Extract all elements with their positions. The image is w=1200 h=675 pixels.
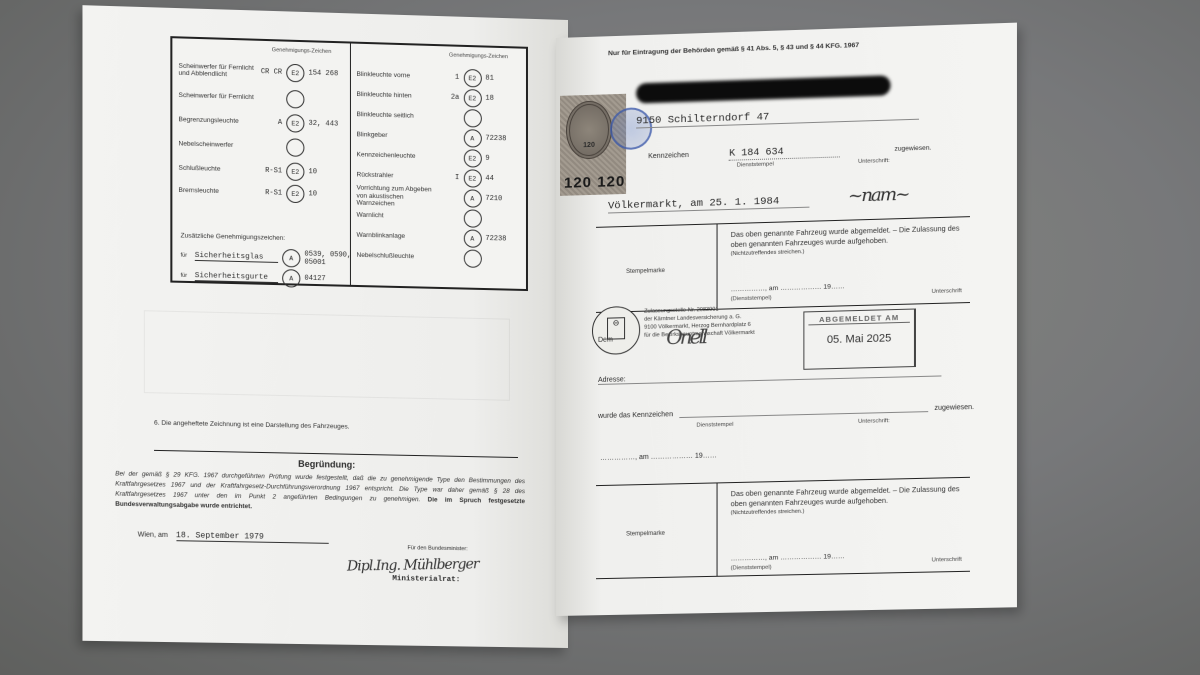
approval-code: 7210 <box>485 195 502 203</box>
approval-code: 32, 443 <box>308 120 338 129</box>
zugewiesen-label: zugewiesen. <box>934 404 974 412</box>
fuer-label: für <box>181 253 195 259</box>
am-line: ……………, am ……………… 19…… <box>731 553 845 562</box>
lamp-row: Blinkleuchte seitlich <box>357 106 522 129</box>
lamp-name: Nebelscheinwerfer <box>178 141 259 151</box>
lamp-prefix: 1 <box>437 73 459 82</box>
dienststempel-label: (Dienststempel) <box>731 295 772 302</box>
place-date: Wien, am 18. September 1979 <box>138 530 329 543</box>
lamp-name: Kennzeichenleuchte <box>357 152 438 162</box>
adresse-line: Adresse: <box>598 368 941 385</box>
lamp-name: Vorrichtung zum Abgeben von akustischen … <box>357 184 438 209</box>
approval-code: 81 <box>485 75 493 83</box>
lamp-prefix <box>437 218 459 219</box>
registration-signature: ~nam~ <box>848 184 908 207</box>
stempelmarke-label: Stempelmarke <box>626 268 665 275</box>
lamp-row: WarnblinkanlageA72238 <box>357 227 522 249</box>
lamp-prefix: 2a <box>437 93 459 102</box>
lamp-name: Blinkleuchte hinten <box>357 91 438 101</box>
approval-mark-circle-icon: E2 <box>286 64 304 83</box>
item-six: 6. Die angeheftete Zeichnung ist eine Da… <box>154 420 350 431</box>
stamp-value-1: 120 <box>564 174 592 192</box>
approval-code: 0539, 0590, 05001 <box>304 251 355 268</box>
lamp-prefix <box>437 198 459 199</box>
place-label: Wien, am <box>138 531 168 539</box>
deregistration-box-1: Stempelmarke Das oben genannte Fahrzeug … <box>596 216 970 313</box>
approval-mark-circle-icon: E2 <box>286 114 304 133</box>
wurde-kennzeichen-row: wurde das Kennzeichen zugewiesen. <box>598 404 974 420</box>
wurde-kennzeichen-label: wurde das Kennzeichen <box>598 411 673 420</box>
approval-mark-circle-icon: A <box>282 269 300 288</box>
abgemeldet-date: 05. Mai 2025 <box>804 332 914 347</box>
lamp-row: BlinkgeberA72238 <box>357 126 522 149</box>
am-line: ……………, am ……………… 19…… <box>600 452 717 462</box>
approval-mark-circle-icon: A <box>463 190 481 209</box>
lamp-prefix <box>437 157 459 158</box>
lighting-approval-table: Genehmigungs-Zeichen Zusätzliche Genehmi… <box>170 36 528 291</box>
approval-code: 04127 <box>304 275 355 284</box>
lamp-prefix: A <box>260 118 282 127</box>
lamp-prefix <box>437 258 459 259</box>
unterschrift-label: Unterschrift: <box>858 418 890 425</box>
dienststempel-label: Dienststempel <box>737 161 774 168</box>
approval-mark-circle-icon: E2 <box>286 162 304 181</box>
austria-seal-icon: 120 <box>566 100 612 159</box>
right-page: Nur für Eintragung der Behörden gemäß § … <box>556 23 1017 616</box>
lighting-column-right: Genehmigungs-Zeichen Blinkleuchte vorne1… <box>349 43 526 289</box>
unterschrift-label: Unterschrift <box>932 557 962 564</box>
kennzeichen-value: K 184 634 <box>729 145 840 160</box>
lighting-column-left: Genehmigungs-Zeichen Zusätzliche Genehmi… <box>172 38 349 285</box>
dem-label: Dem <box>598 337 613 344</box>
issue-date: 18. September 1979 <box>176 531 328 544</box>
lamp-name: Blinkleuchte vorne <box>357 71 438 81</box>
box-divider <box>717 224 718 308</box>
stamp-values: 120 120 <box>564 173 625 192</box>
approval-code: 9 <box>485 155 489 163</box>
extra-approval-row: fürSicherheitsglasA0539, 0590, 05001 <box>181 246 355 268</box>
extra-item: Sicherheitsgurte <box>195 272 278 283</box>
lamp-prefix <box>260 147 282 148</box>
lamp-row: BegrenzungsleuchteAE232, 443 <box>178 111 345 134</box>
approval-mark-circle-icon: E2 <box>463 69 481 88</box>
for-minister: Für den Bundesminister: <box>407 545 467 552</box>
approval-code: 72238 <box>485 235 506 244</box>
approval-code: 44 <box>485 175 493 183</box>
lamp-prefix: R-S1 <box>260 167 282 176</box>
deregistration-notice: Das oben genannte Fahrzeug wurde abgemel… <box>731 223 962 258</box>
lamp-name: Nebelschlußleuchte <box>357 252 438 262</box>
approval-mark-circle-icon: E2 <box>463 169 481 188</box>
lamp-name: Schlußleuchte <box>178 165 259 175</box>
address-line: 9150 Schilterndorf 47 <box>636 107 919 129</box>
lamp-name: Rückstrahler <box>357 172 438 182</box>
lamp-name: Scheinwerfer für Fernlicht <box>178 92 259 102</box>
extra-item: Sicherheitsglas <box>195 251 278 262</box>
lamp-row: Nebelscheinwerfer <box>178 135 345 158</box>
stamp-value-2: 120 <box>597 173 625 191</box>
fuer-label: für <box>181 273 195 279</box>
kennzeichen-blank <box>679 405 928 418</box>
approval-code: 72238 <box>485 135 506 144</box>
am-line: ……………, am ……………… 19…… <box>731 283 845 293</box>
lamp-name: Scheinwerfer für Fernlicht und Abblendli… <box>178 62 259 79</box>
approval-mark-circle-icon <box>286 138 304 157</box>
lamp-row: BremsleuchteR-S1E210 <box>178 182 345 204</box>
approval-mark-circle-icon: E2 <box>463 89 481 108</box>
approval-mark-circle-icon <box>463 109 481 128</box>
authority-header: Nur für Eintragung der Behörden gemäß § … <box>608 42 859 57</box>
lamp-prefix <box>437 117 459 118</box>
approval-code: 10 <box>308 168 317 176</box>
lamp-prefix: I <box>437 174 459 183</box>
lamp-prefix: CR CR <box>260 68 282 77</box>
approval-code: 18 <box>485 95 493 103</box>
kennzeichen-label: Kennzeichen <box>648 152 689 160</box>
stamp-signature: Onell <box>666 324 705 349</box>
official-blue-stamp-icon <box>610 107 652 150</box>
approval-mark-circle-icon <box>463 209 481 228</box>
extra-approvals-title: Zusätzliche Genehmigungszeichen: <box>181 232 286 242</box>
lamp-prefix <box>437 238 459 239</box>
approval-mark-circle-icon: E2 <box>463 149 481 168</box>
lamp-prefix <box>260 98 282 99</box>
unterschrift-label: Unterschrift <box>932 288 962 295</box>
lamp-name: Blinkgeber <box>357 131 438 141</box>
vehicle-drawing-ghost <box>144 310 510 401</box>
deregistration-box-2: Stempelmarke Das oben genannte Fahrzeug … <box>596 477 970 579</box>
lamp-row: Warnlicht <box>357 207 522 229</box>
extra-approval-row: fürSicherheitsgurteA04127 <box>181 267 355 289</box>
lamp-row: SchlußleuchteR-S1E210 <box>178 160 345 183</box>
column-header: Genehmigungs-Zeichen <box>449 52 508 60</box>
box-divider <box>717 483 718 575</box>
left-page: Genehmigungs-Zeichen Zusätzliche Genehmi… <box>82 5 568 648</box>
deregistration-notice: Das oben genannte Fahrzeug wurde abgemel… <box>731 484 962 517</box>
column-header: Genehmigungs-Zeichen <box>272 47 331 55</box>
approval-code: 154 268 <box>308 69 338 78</box>
begruendung-text: Bei der gemäß § 29 KFG. 1967 durchgeführ… <box>115 469 525 517</box>
stempelmarke-label: Stempelmarke <box>626 531 665 538</box>
lamp-name: Warnblinkanlage <box>357 232 438 242</box>
lamp-row: KennzeichenleuchteE29 <box>357 146 522 169</box>
abgemeldet-header: ABGEMELDET AM <box>808 313 909 326</box>
lamp-row: Blinkleuchte vorne1E281 <box>357 66 522 89</box>
approval-mark-circle-icon: A <box>463 229 481 247</box>
dienststempel-label: Dienststempel <box>696 422 733 429</box>
place-date-1984: Völkermarkt, am 25. 1. 1984 <box>608 195 809 214</box>
lamp-row: Scheinwerfer für Fernlicht <box>178 87 345 110</box>
lamp-row: Scheinwerfer für Fernlicht und Abblendli… <box>178 61 345 84</box>
lamp-name: Warnlicht <box>357 212 438 222</box>
approval-mark-circle-icon <box>463 249 481 267</box>
lamp-row: Nebelschlußleuchte <box>357 247 522 269</box>
approval-mark-circle-icon <box>286 90 304 109</box>
unterschrift-label: Unterschrift: <box>858 158 890 165</box>
lamp-name: Bremsleuchte <box>178 187 259 197</box>
approval-mark-circle-icon: E2 <box>286 185 304 204</box>
lamp-prefix <box>437 137 459 138</box>
zugewiesen-label: zugewiesen. <box>894 145 931 153</box>
approval-mark-circle-icon: A <box>282 249 300 268</box>
zulassungsstelle-seal-icon: ⊖ <box>592 306 640 355</box>
minister-signature: Dipl.Ing. Mühlberger <box>347 556 479 574</box>
lamp-name: Begrenzungsleuchte <box>178 116 259 126</box>
redaction-bar <box>636 75 890 103</box>
lamp-name: Blinkleuchte seitlich <box>357 111 438 121</box>
lamp-row: Blinkleuchte hinten2aE218 <box>357 86 522 109</box>
abgemeldet-stamp: ABGEMELDET AM 05. Mai 2025 <box>803 308 916 369</box>
lamp-prefix: R-S1 <box>260 189 282 198</box>
approval-mark-circle-icon: A <box>463 129 481 148</box>
approval-code: 10 <box>308 190 317 198</box>
dienststempel-label: (Dienststempel) <box>731 565 772 572</box>
signer-title: Ministerialrat: <box>392 575 460 584</box>
